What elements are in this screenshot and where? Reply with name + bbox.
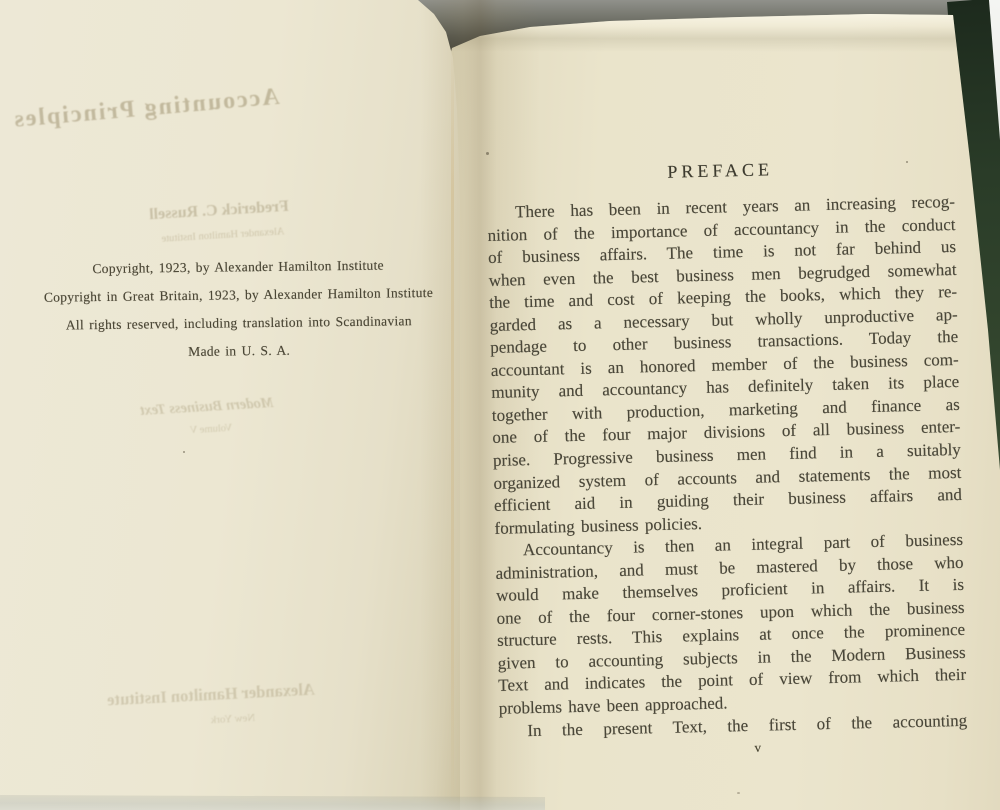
copyright-line: All rights reserved, including translati… [21,307,457,340]
table-edge-strip [0,795,545,810]
preface-text-block: PREFACE There has been in recent years a… [486,155,968,762]
ghost-affiliation-showthrough: Alexander Hamilton Institute [108,223,338,248]
ghost-author-showthrough: Frederick C. Russell [118,196,321,226]
copyright-block: Copyright, 1923, by Alexander Hamilton I… [20,251,457,368]
preface-body: There has been in recent years an increa… [487,191,968,743]
ghost-city-showthrough: New York [172,710,294,728]
ghost-publisher-showthrough: Alexander Hamilton Institute [60,677,363,713]
open-book-photo: Accounting Principles Frederick C. Russe… [0,0,1000,810]
left-page: Accounting Principles Frederick C. Russe… [0,0,460,810]
paper-speck [737,792,740,794]
ghost-volume-showthrough: Volume V [163,421,259,438]
ghost-title-showthrough: Accounting Principles [21,84,280,133]
copyright-line: Made in U. S. A. [21,335,457,368]
paper-speck [906,161,908,163]
ghost-series-showthrough: Modern Business Text [116,393,299,421]
paper-speck [486,152,489,155]
paper-speck [183,451,185,453]
paper-speck [501,525,503,528]
